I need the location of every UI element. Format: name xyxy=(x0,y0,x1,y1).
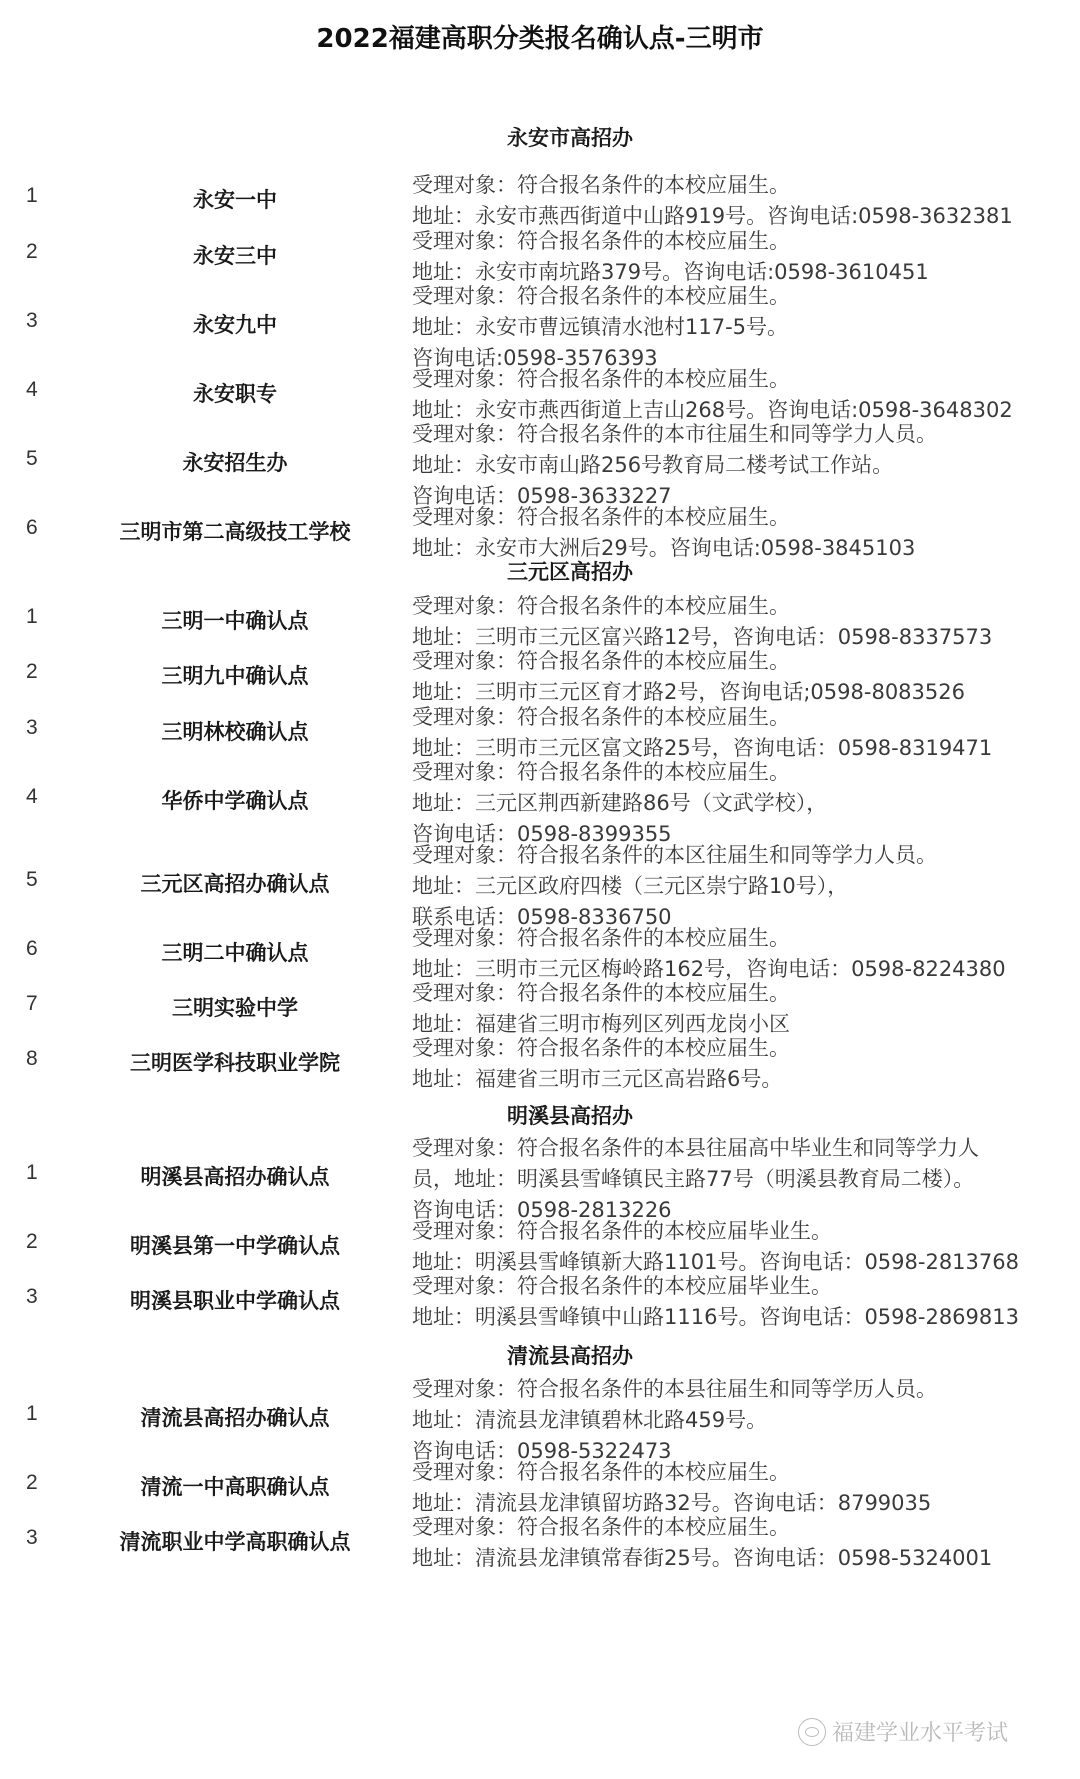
entry-number: 1 xyxy=(26,605,38,629)
section-header-mingxi: 明溪县高招办 xyxy=(0,1100,1080,1130)
entry-address-line: 地址：明溪县雪峰镇中山路1116号。咨询电话：0598-2869813 xyxy=(412,1302,1080,1333)
entry-number: 2 xyxy=(26,1471,38,1495)
entry-number: 2 xyxy=(26,660,38,684)
site-name: 明溪县高招办确认点 xyxy=(90,1161,380,1191)
entry-address-line: 地址：永安市南山路256号教育局二楼考试工作站。 xyxy=(412,450,1080,481)
section-header-qingliu: 清流县高招办 xyxy=(0,1340,1080,1370)
entry-target-line: 受理对象：符合报名条件的本市往届生和同等学力人员。 xyxy=(412,419,1080,450)
entry-address-line: 地址：清流县龙津镇常春街25号。咨询电话：0598-5324001 xyxy=(412,1543,1080,1574)
entry-address-line: 地址：永安市曹远镇清水池村117-5号。 xyxy=(412,312,1080,343)
entry-address-line: 地址：三元区荆西新建路86号（文武学校）， xyxy=(412,788,1080,819)
entry-number: 3 xyxy=(26,309,38,333)
entry-number: 1 xyxy=(26,1161,38,1185)
entry-number: 4 xyxy=(26,785,38,809)
entry-number: 3 xyxy=(26,1285,38,1309)
entry-number: 6 xyxy=(26,937,38,961)
entry-number: 5 xyxy=(26,868,38,892)
entry-target-line: 受理对象：符合报名条件的本校应届毕业生。 xyxy=(412,1271,1080,1302)
entry-number: 4 xyxy=(26,378,38,402)
section-header-yongan: 永安市高招办 xyxy=(0,122,1080,152)
entry-target-line: 受理对象：符合报名条件的本校应届生。 xyxy=(412,170,1080,201)
entry-target-line: 受理对象：符合报名条件的本校应届毕业生。 xyxy=(412,1216,1080,1247)
entry-number: 2 xyxy=(26,240,38,264)
entry-target-line: 受理对象：符合报名条件的本校应届生。 xyxy=(412,978,1080,1009)
entry-target-line: 受理对象：符合报名条件的本校应届生。 xyxy=(412,1033,1080,1064)
site-name: 清流职业中学高职确认点 xyxy=(90,1526,380,1556)
entry-target-line: 受理对象：符合报名条件的本校应届生。 xyxy=(412,1457,1080,1488)
entry-target-line: 受理对象：符合报名条件的本校应届生。 xyxy=(412,1512,1080,1543)
site-name: 三明九中确认点 xyxy=(90,660,380,690)
entry-number: 3 xyxy=(26,716,38,740)
site-name: 华侨中学确认点 xyxy=(90,785,380,815)
site-name: 三明实验中学 xyxy=(90,992,380,1022)
site-name: 三明医学科技职业学院 xyxy=(90,1047,380,1077)
entry-number: 1 xyxy=(26,1402,38,1426)
site-name: 永安一中 xyxy=(90,184,380,214)
site-name: 永安三中 xyxy=(90,240,380,270)
entry-target-line: 受理对象：符合报名条件的本校应届生。 xyxy=(412,364,1080,395)
entry-number: 2 xyxy=(26,1230,38,1254)
document-title: 2022福建高职分类报名确认点-三明市 xyxy=(0,18,1080,55)
site-name: 明溪县第一中学确认点 xyxy=(90,1230,380,1260)
site-name: 清流一中高职确认点 xyxy=(90,1471,380,1501)
entry-address-line: 地址：福建省三明市三元区高岩路6号。 xyxy=(412,1064,1080,1095)
site-name: 明溪县职业中学确认点 xyxy=(90,1285,380,1315)
wechat-icon xyxy=(798,1718,826,1746)
site-name: 清流县高招办确认点 xyxy=(90,1402,380,1432)
entry-target-line: 受理对象：符合报名条件的本校应届生。 xyxy=(412,923,1080,954)
entry-target-line: 受理对象：符合报名条件的本校应届生。 xyxy=(412,226,1080,257)
entry-number: 5 xyxy=(26,447,38,471)
site-name: 三元区高招办确认点 xyxy=(90,868,380,898)
entry-number: 3 xyxy=(26,1526,38,1550)
entry-target-line: 受理对象：符合报名条件的本校应届生。 xyxy=(412,281,1080,312)
entry-address-line: 员，地址：明溪县雪峰镇民主路77号（明溪县教育局二楼）。 xyxy=(412,1164,1080,1195)
entry-target-line: 受理对象：符合报名条件的本校应届生。 xyxy=(412,757,1080,788)
entry-address-line: 地址：三元区政府四楼（三元区崇宁路10号）， xyxy=(412,871,1080,902)
entry-number: 7 xyxy=(26,992,38,1016)
watermark: 福建学业水平考试 xyxy=(798,1716,1008,1747)
entry-address-line: 地址：清流县龙津镇碧林北路459号。 xyxy=(412,1405,1080,1436)
section-header-sanyuan: 三元区高招办 xyxy=(0,556,1080,586)
site-name: 永安九中 xyxy=(90,309,380,339)
entry-number: 8 xyxy=(26,1047,38,1071)
watermark-text: 福建学业水平考试 xyxy=(832,1716,1008,1747)
entry-number: 1 xyxy=(26,184,38,208)
entry-target-line: 受理对象：符合报名条件的本校应届生。 xyxy=(412,591,1080,622)
entry-number: 6 xyxy=(26,516,38,540)
entry-target-line: 受理对象：符合报名条件的本校应届生。 xyxy=(412,646,1080,677)
entry-target-line: 受理对象：符合报名条件的本县往届高中毕业生和同等学力人 xyxy=(412,1133,1080,1164)
site-name: 永安招生办 xyxy=(90,447,380,477)
site-name: 永安职专 xyxy=(90,378,380,408)
site-name: 三明二中确认点 xyxy=(90,937,380,967)
entry-target-line: 受理对象：符合报名条件的本区往届生和同等学力人员。 xyxy=(412,840,1080,871)
site-name: 三明林校确认点 xyxy=(90,716,380,746)
site-name: 三明市第二高级技工学校 xyxy=(90,516,380,546)
entry-target-line: 受理对象：符合报名条件的本校应届生。 xyxy=(412,502,1080,533)
entry-target-line: 受理对象：符合报名条件的本校应届生。 xyxy=(412,702,1080,733)
entry-target-line: 受理对象：符合报名条件的本县往届生和同等学历人员。 xyxy=(412,1374,1080,1405)
site-name: 三明一中确认点 xyxy=(90,605,380,635)
